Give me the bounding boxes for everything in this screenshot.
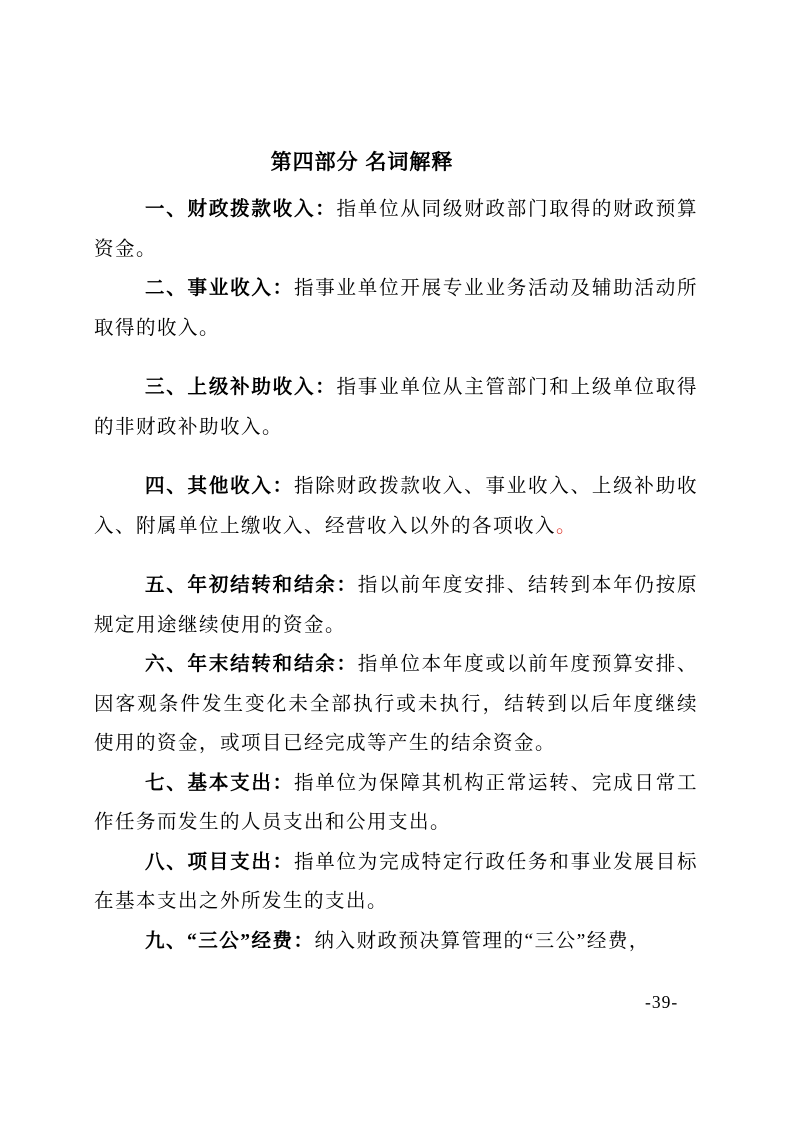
term-definition: 八、项目支出：指单位为完成特定行政任务和事业发展目标在基本支出之外所发生的支出。 [94, 843, 698, 922]
page-number: -39- [645, 992, 678, 1013]
term-name: 四、其他收入： [145, 476, 294, 497]
section-title: 第四部分 名词解释 [60, 152, 664, 173]
term-name: 一、财政拨款收入： [145, 199, 337, 220]
term-definition: 三、上级补助收入：指事业单位从主管部门和上级单位取得的非财政补助收入。 [94, 368, 698, 447]
term-definition: 二、事业收入：指事业单位开展专业业务活动及辅助活动所取得的收入。 [94, 269, 698, 348]
term-name: 二、事业收入： [145, 278, 294, 299]
term-definition: 一、财政拨款收入：指单位从同级财政部门取得的财政预算资金。 [94, 190, 698, 269]
term-name: 九、“三公”经费： [145, 931, 315, 952]
term-definition: 五、年初结转和结余：指以前年度安排、结转到本年仍按原规定用途继续使用的资金。 [94, 566, 698, 645]
term-definition: 六、年末结转和结余：指单位本年度或以前年度预算安排、因客观条件发生变化未全部执行… [94, 645, 698, 764]
term-name: 三、上级补助收入： [145, 377, 337, 398]
document-page: 第四部分 名词解释 一、财政拨款收入：指单位从同级财政部门取得的财政预算资金。二… [0, 0, 793, 1122]
term-name: 七、基本支出： [145, 773, 294, 794]
red-period: 。 [556, 516, 577, 537]
term-definition: 九、“三公”经费：纳入财政预决算管理的“三公”经费， [94, 922, 698, 962]
term-name: 八、项目支出： [145, 852, 294, 873]
term-definition: 七、基本支出：指单位为保障其机构正常运转、完成日常工作任务而发生的人员支出和公用… [94, 764, 698, 843]
document-body: 一、财政拨款收入：指单位从同级财政部门取得的财政预算资金。二、事业收入：指事业单… [94, 190, 698, 961]
term-definition: 四、其他收入：指除财政拨款收入、事业收入、上级补助收入、附属单位上缴收入、经营收… [94, 467, 698, 546]
term-description: 纳入财政预决算管理的“三公”经费， [315, 931, 650, 952]
term-name: 六、年末结转和结余： [145, 654, 358, 675]
term-name: 五、年初结转和结余： [145, 575, 358, 596]
